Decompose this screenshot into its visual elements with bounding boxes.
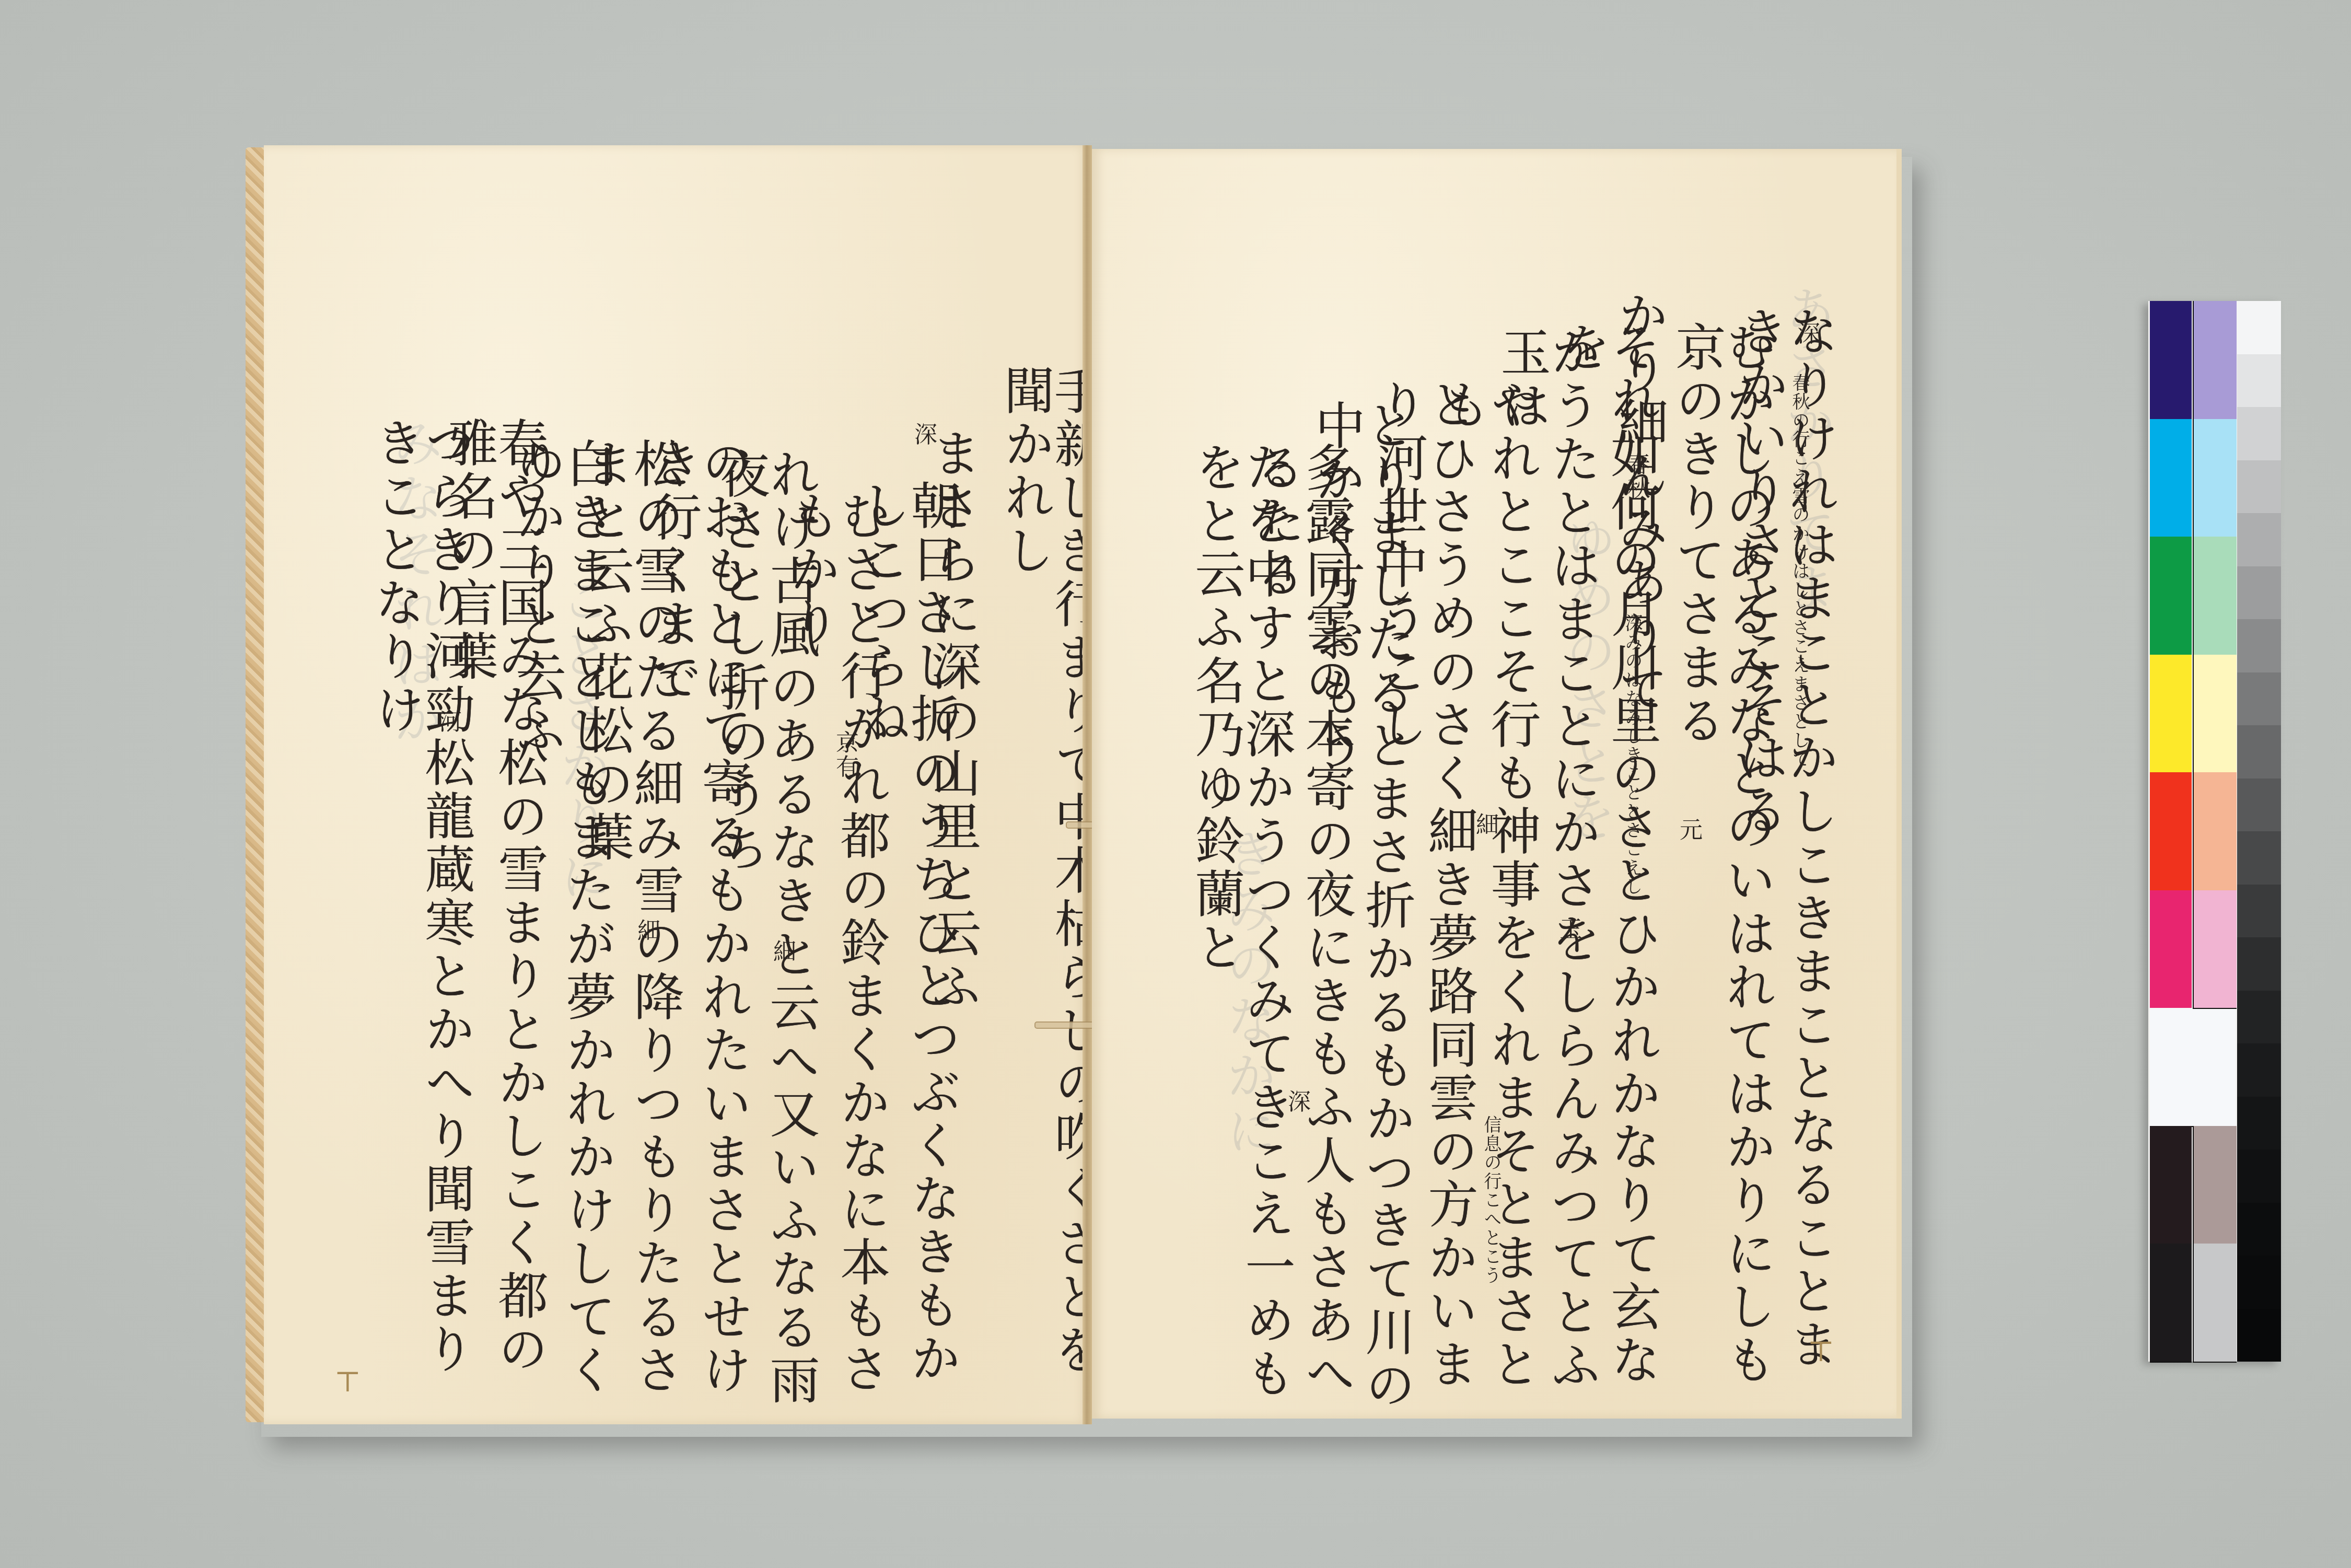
grayscale-step bbox=[2237, 779, 2281, 832]
grayscale-step bbox=[2237, 619, 2281, 672]
grayscale-step bbox=[2237, 513, 2281, 566]
color-chip bbox=[2193, 1244, 2237, 1363]
marginal-note: 細 bbox=[765, 939, 799, 963]
color-chip bbox=[2193, 301, 2237, 420]
color-chip bbox=[2150, 772, 2192, 891]
marginal-note: 細 bbox=[1468, 812, 1502, 837]
text-column: むかしのあるみなとのいはれてはかりにしも京のきりてさまる bbox=[1672, 321, 1772, 1419]
grayscale-step bbox=[2237, 831, 2281, 885]
color-chip bbox=[2193, 419, 2237, 538]
book-gutter bbox=[1083, 145, 1092, 1424]
grayscale-step bbox=[2237, 1097, 2281, 1150]
color-chip bbox=[2193, 772, 2237, 891]
text-column: つらきり河勁松龍蔵寒とかへり聞雪まりきことなりけ bbox=[371, 417, 471, 1424]
left-page: みなそれはか ことさかりに 手新しき行まりて中木枯らしの吹くさとを聞かれし まさ… bbox=[264, 145, 1088, 1424]
color-chip bbox=[2150, 1126, 2192, 1245]
color-chip bbox=[2193, 655, 2237, 774]
grayscale-step bbox=[2237, 1149, 2281, 1203]
marginal-note: 深 bbox=[1789, 321, 1823, 345]
grayscale-step bbox=[2237, 1043, 2281, 1097]
color-chip bbox=[2150, 655, 2192, 774]
color-chip bbox=[2150, 301, 2192, 420]
grayscale-step bbox=[2237, 407, 2281, 460]
grayscale-step bbox=[2237, 1309, 2281, 1362]
page-corner-mark: ⊤ bbox=[1808, 1335, 1834, 1368]
grayscale-step bbox=[2237, 566, 2281, 620]
marginal-note: 細 bbox=[630, 919, 663, 943]
grayscale-step bbox=[2237, 354, 2281, 408]
color-chip bbox=[2150, 419, 2192, 538]
color-calibration-chart bbox=[2148, 301, 2281, 1362]
color-chip bbox=[2193, 1126, 2237, 1245]
marginal-note: 春秋の行こえ雪のかけはしとさこえまさとして bbox=[1787, 374, 1812, 769]
left-page-text: みなそれはか ことさかりに 手新しき行まりて中木枯らしの吹くさとを聞かれし まさ… bbox=[264, 145, 1088, 1424]
grayscale-step bbox=[2237, 460, 2281, 514]
grayscale-step bbox=[2237, 301, 2281, 354]
color-chip bbox=[2193, 890, 2237, 1009]
right-page-text: あさかりてま ゆめのさとを きみのなかに なりけれはまことかしこきまことなること… bbox=[1092, 149, 1896, 1419]
grayscale-step bbox=[2237, 1203, 2281, 1256]
marginal-note: 河 bbox=[431, 710, 464, 734]
text-column: たを中すと深かうつくみてきこえ一めもをと云ふ名乃ゆ鈴蘭と bbox=[1191, 442, 1291, 1419]
color-chip bbox=[2150, 1008, 2236, 1127]
marginal-note: 京有 bbox=[828, 730, 862, 779]
marginal-note: 春秋 bbox=[1620, 452, 1653, 500]
marginal-note: 深 bbox=[906, 422, 940, 446]
marginal-note: 元 bbox=[1672, 818, 1705, 842]
grayscale-step bbox=[2237, 937, 2281, 991]
color-chip bbox=[2150, 1244, 2192, 1363]
grayscale-step bbox=[2237, 1256, 2281, 1309]
grayscale-strip bbox=[2237, 301, 2281, 1362]
grayscale-step bbox=[2237, 672, 2281, 726]
right-page: あさかりてま ゆめのさとを きみのなかに なりけれはまことかしこきまことなること… bbox=[1092, 149, 1902, 1419]
marginal-note: 玉 bbox=[1552, 917, 1585, 941]
grayscale-step bbox=[2237, 725, 2281, 779]
grayscale-step bbox=[2237, 885, 2281, 938]
marginal-note: 深みのはなみしきこととさこえし bbox=[1620, 614, 1645, 896]
page-corner-mark: ⊤ bbox=[334, 1365, 361, 1398]
color-chip bbox=[2150, 537, 2192, 656]
color-chip bbox=[2193, 537, 2237, 656]
marginal-note: 信息の行こへとこう bbox=[1479, 1116, 1504, 1285]
grayscale-step bbox=[2237, 991, 2281, 1044]
marginal-note: 深 bbox=[1280, 1089, 1313, 1113]
color-chip bbox=[2150, 890, 2192, 1009]
